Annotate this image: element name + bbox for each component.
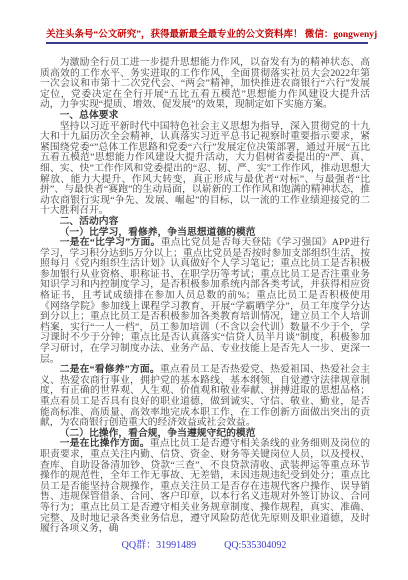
paragraph-compare-operation: 一是在比操作方面。重点比员工是否遵守相关条线的业务细则及岗位的职责要求，重点关注… [40, 439, 370, 534]
document-body: 为激励全行员工进一步提升思想能力作风，以奋发有为的精神状态、高质高效的工作水平、… [40, 58, 370, 535]
paragraph-compare-study: 一是在“比学习”方面。重点比党员是否每天登陆《学习强国》APP进行学习，学习积分… [40, 238, 370, 365]
header-notice: 关注头条号“公文研究”，获得最新最全最专业的公文资料库！ 微信：gongweny… [46, 26, 368, 44]
heading-activity-content-text: 二、活动内容 [60, 216, 119, 227]
paragraph-intro: 为激励全行员工进一步提升思想能力作风，以奋发有为的精神状态、高质高效的工作水平、… [40, 58, 370, 111]
document-page: 关注头条号“公文研究”，获得最新最全最专业的公文资料库！ 微信：gongweny… [0, 0, 408, 580]
paragraph-intro-text: 为激励全行员工进一步提升思想能力作风，以奋发有为的精神状态、高质高效的工作水平、… [40, 57, 370, 110]
heading-section-1-text: （一）比学习，看修养，争当思想道德的模范 [60, 227, 256, 238]
paragraph-compare-study-lead: 一是在“比学习”方面。 [60, 237, 161, 248]
paragraph-compare-study-text: 重点比党员是否每天登陆《学习强国》APP进行学习，学习积分达到5万分以上；重点比… [40, 237, 370, 365]
paragraph-compare-operation-text: 重点比员工是否遵守相关条线的业务细则及岗位的职责要求，重点关注内勤、信贷、资金、… [40, 438, 370, 534]
paragraph-look-cultivation: 二是在“看修养”方面。重点看员工是否热爱党、热爱祖国、热爱社会主义、热爱农商行事… [40, 365, 370, 429]
paragraph-look-cultivation-lead: 二是在“看修养”方面。 [60, 364, 160, 375]
footer-contact: QQ群：31991489QQ:535304092 [0, 536, 408, 551]
paragraph-guiding-ideology: 坚持以习近平新时代中国特色社会主义思想为指导，深入贯彻党的十九大和十九届历次全会… [40, 122, 370, 217]
heading-overall-requirements-text: 一、总体要求 [60, 110, 119, 121]
paragraph-guiding-ideology-text: 坚持以习近平新时代中国特色社会主义思想为指导，深入贯彻党的十九大和十九届历次全会… [40, 121, 370, 217]
footer-qq: QQ:535304092 [224, 540, 286, 551]
paragraph-compare-operation-lead: 一是在比操作方面。 [60, 438, 150, 449]
footer-qq-group: QQ群：31991489 [122, 540, 196, 551]
